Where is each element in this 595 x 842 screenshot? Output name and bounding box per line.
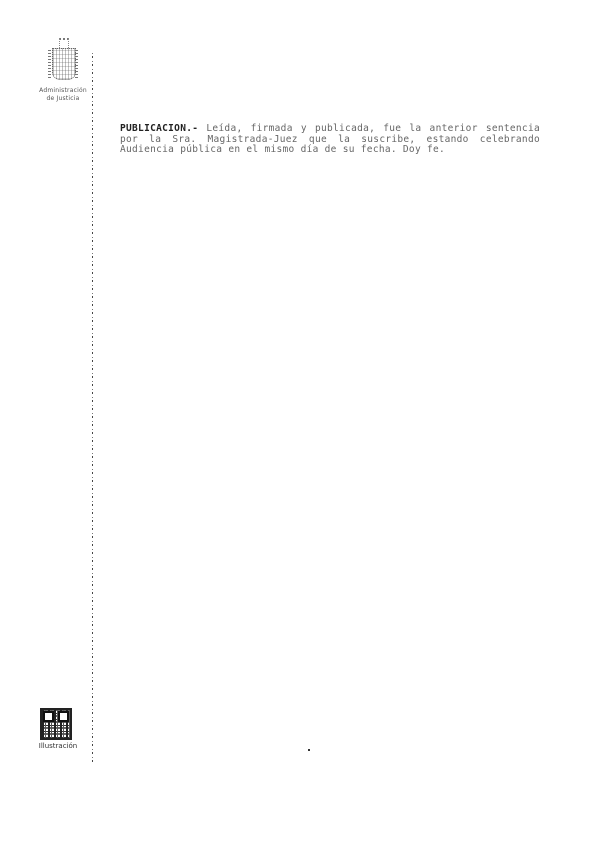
qr-code-icon: [40, 708, 72, 740]
logo-caption-line2: de Justicia: [38, 95, 88, 103]
publication-heading: PUBLICACION.-: [120, 123, 198, 134]
qr-caption: Illustración: [36, 742, 80, 750]
margin-rule: [92, 50, 93, 762]
court-logo: Administración de Justicia: [38, 38, 88, 103]
logo-caption-line1: Administración: [38, 87, 88, 95]
logo-caption: Administración de Justicia: [38, 87, 88, 103]
coat-of-arms-icon: [48, 38, 78, 82]
page-dot-mark: [308, 749, 310, 751]
publication-paragraph: PUBLICACION.- Leída, firmada y publicada…: [120, 124, 540, 156]
